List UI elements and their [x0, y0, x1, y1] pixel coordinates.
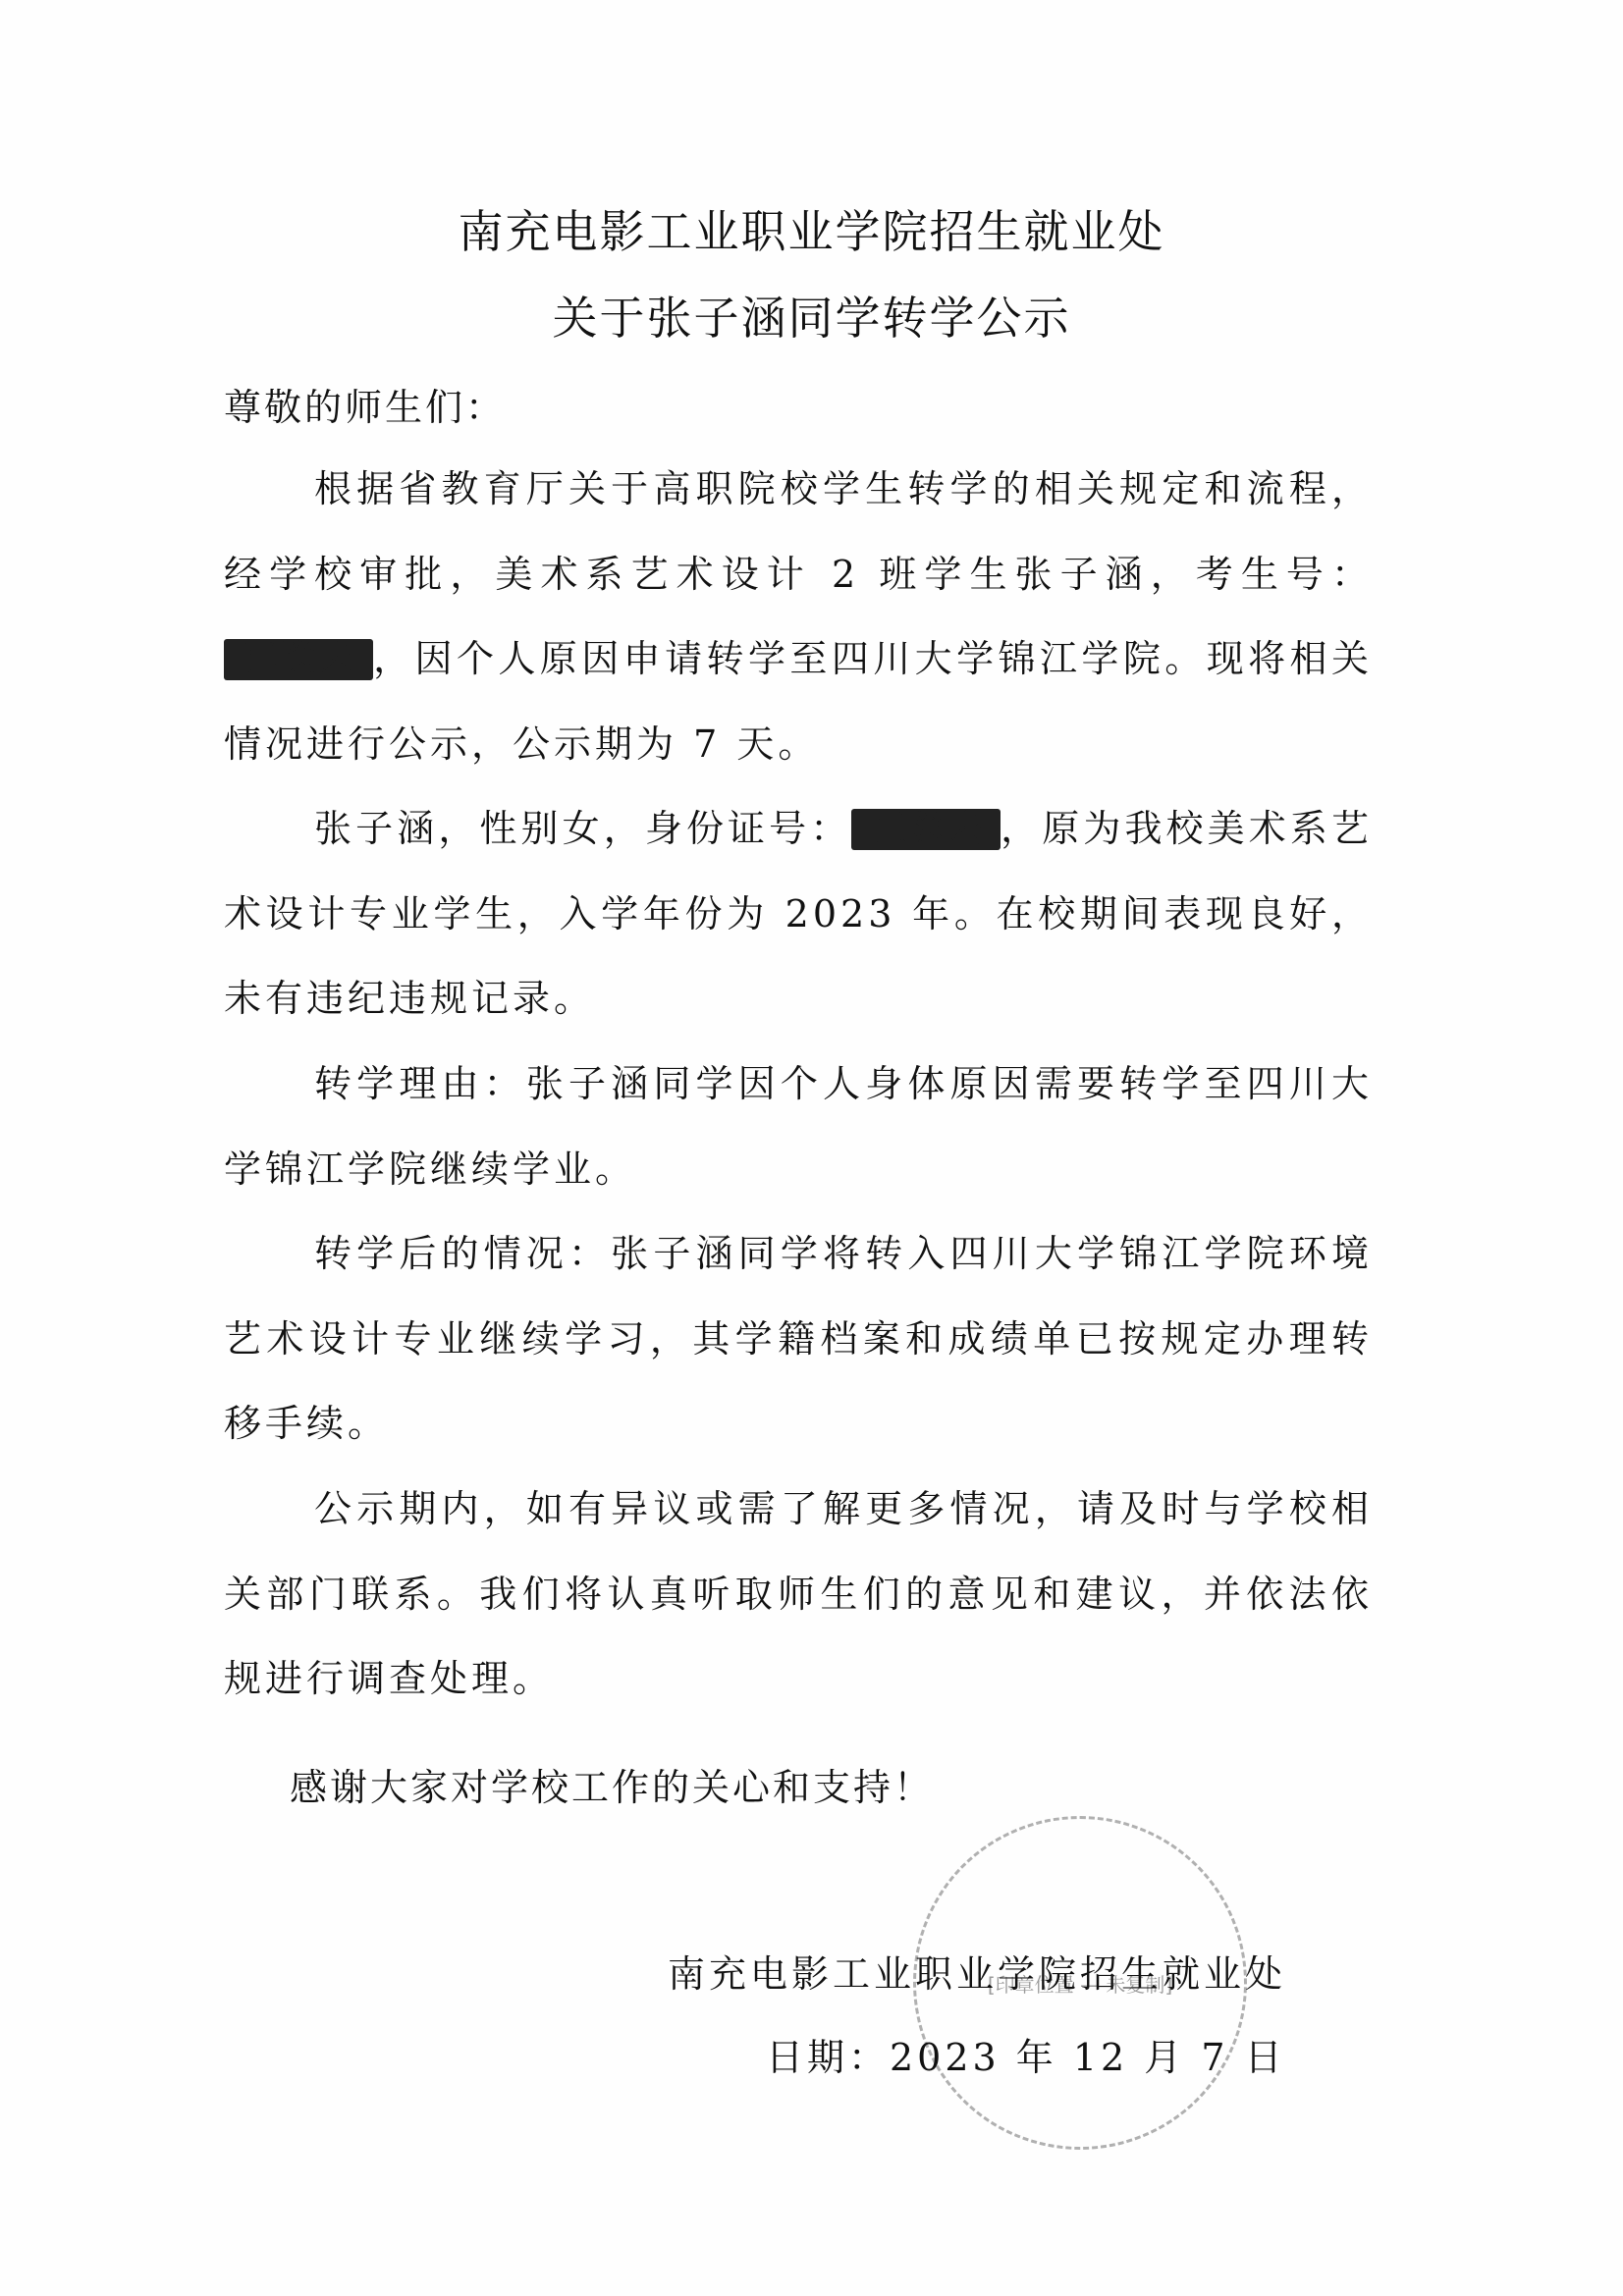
salutation: 尊敬的师生们： — [224, 377, 506, 431]
paragraph-student-info: 张子涵，性别女，身份证号：[已隐去]，原为我校美术系艺术设计专业学生，入学年份为… — [224, 786, 1373, 1041]
document-page: 南充电影工业职业学院招生就业处 关于张子涵同学转学公示 尊敬的师生们： 根据省教… — [0, 0, 1623, 2296]
signature-date: 日期：2023 年 12 月 7 日 — [766, 2027, 1286, 2081]
paragraph-text: ，因个人原因申请转学至四川大学锦江学院。现将相关情况进行公示，公示期为 7 天。 — [224, 637, 1373, 766]
paragraph-announcement: 根据省教育厅关于高职院校学生转学的相关规定和流程，经学校审批，美术系艺术设计 2… — [224, 447, 1373, 786]
closing-thanks: 感谢大家对学校工作的关心和支持！ — [290, 1757, 934, 1811]
document-title-subject: 关于张子涵同学转学公示 — [0, 283, 1623, 347]
document-title-issuer: 南充电影工业职业学院招生就业处 — [0, 196, 1623, 261]
redacted-id-number: [已隐去] — [851, 809, 1001, 850]
redacted-exam-number: [已隐去] — [224, 639, 373, 680]
signature-organization: 南充电影工业职业学院招生就业处 — [668, 1944, 1286, 1998]
paragraph-text: 根据省教育厅关于高职院校学生转学的相关规定和流程，经学校审批，美术系艺术设计 2… — [224, 467, 1373, 596]
paragraph-text: 张子涵，性别女，身份证号： — [314, 807, 851, 850]
paragraph-objection-notice: 公示期内，如有异议或需了解更多情况，请及时与学校相关部门联系。我们将认真听取师生… — [224, 1467, 1373, 1722]
paragraph-post-transfer: 转学后的情况：张子涵同学将转入四川大学锦江学院环境艺术设计专业继续学习，其学籍档… — [224, 1211, 1373, 1467]
paragraph-transfer-reason: 转学理由：张子涵同学因个人身体原因需要转学至四川大学锦江学院继续学业。 — [224, 1041, 1373, 1211]
